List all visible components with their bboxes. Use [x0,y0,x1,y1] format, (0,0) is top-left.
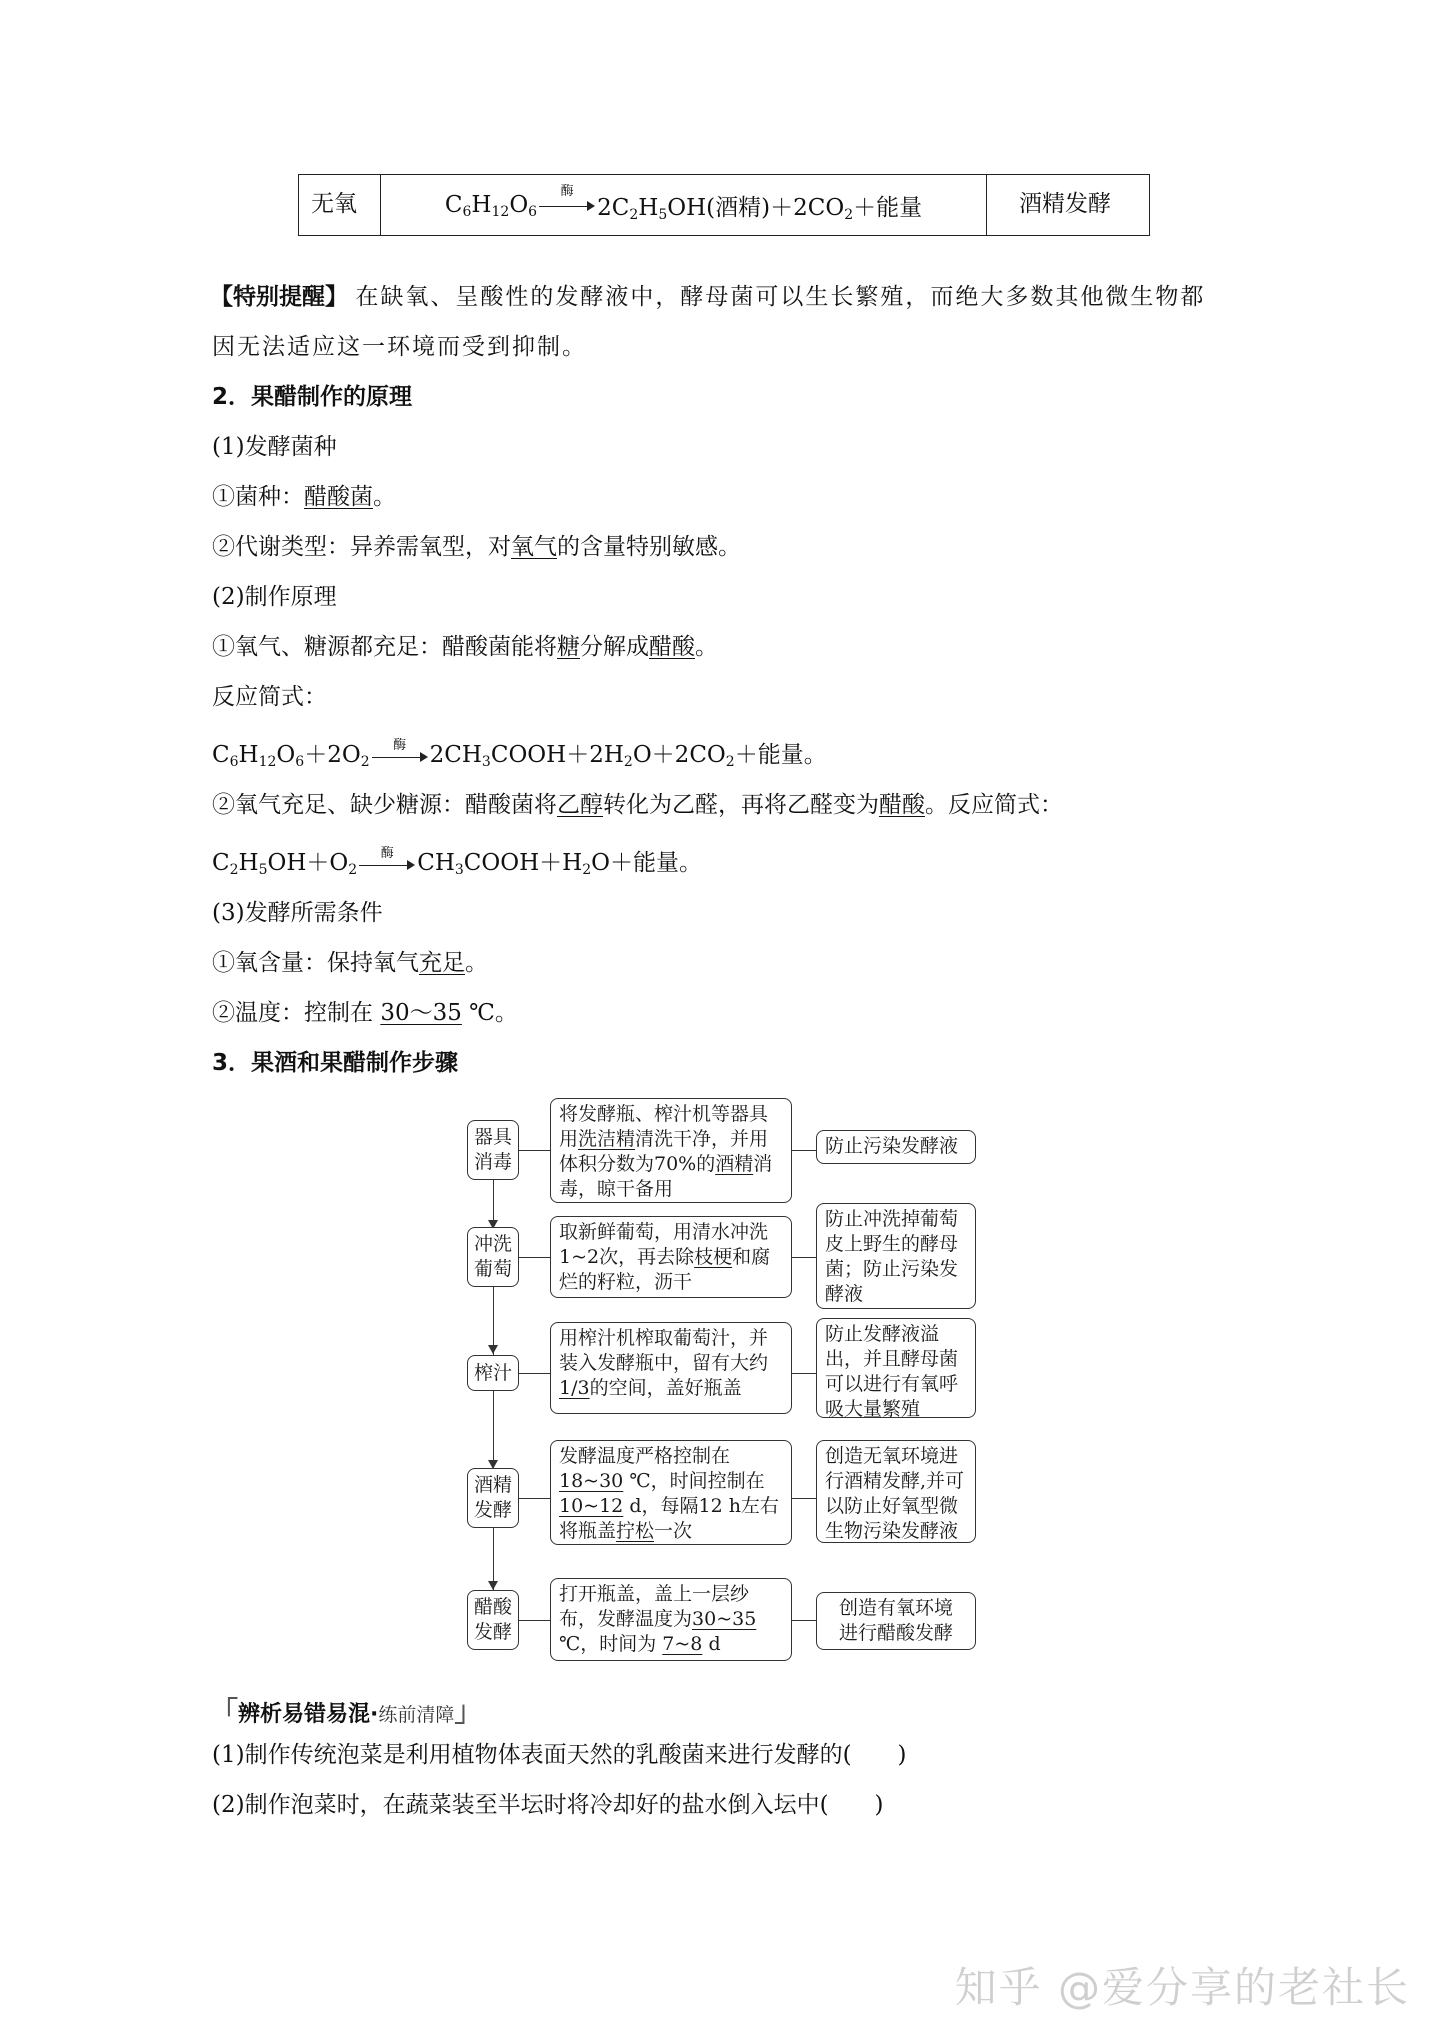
condition-cell: 无氧 [299,175,381,235]
step-detail-sterilize: 将发酵瓶、榨汁机等器具用洗洁精清洗干净，并用体积分数为70%的酒精消毒，晾干备用 [550,1098,792,1203]
step-purpose-sterilize: 防止污染发酵液 [816,1130,976,1164]
quiz-question-2: (2)制作泡菜时，在蔬菜装至半坛时将冷却好的盐水倒入坛中( ) [212,1790,884,1820]
step-label-alcohol-fermentation: 酒精发酵 [467,1468,519,1528]
principle-2: ②氧气充足、缺少糖源：醋酸菌将乙醇转化为乙醛，再将乙醛变为醋酸。反应简式： [212,790,1063,820]
arrow-down-icon [488,1581,498,1590]
connector [519,1150,551,1151]
arrow-down-icon [488,1345,498,1354]
blank-answer: 糖 [557,634,580,660]
equation-label-1: 反应简式： [212,682,327,712]
step-purpose-juice: 防止发酵液溢出，并且酵母菌可以进行有氧呼吸大量繁殖 [816,1318,976,1418]
sub-heading-2: (2)制作原理 [212,582,337,612]
quiz-question-1: (1)制作传统泡菜是利用植物体表面天然的乳酸菌来进行发酵的( ) [212,1740,907,1770]
connector [519,1620,551,1621]
sub-heading-1: (1)发酵菌种 [212,432,337,462]
step-label-sterilize: 器具消毒 [467,1120,519,1180]
item-strain: ①菌种：醋酸菌。 [212,482,396,512]
equation-reactants: C6H12O6 [445,192,537,218]
blank-answer: 30～35 [380,1000,462,1026]
sub-heading-3: (3)发酵所需条件 [212,898,383,928]
principle-1: ①氧气、糖源都充足：醋酸菌能将糖分解成醋酸。 [212,632,718,662]
equation-cell: C6H12O6 酶 2C2H5OH(酒精)＋2CO2＋能量 [381,175,987,235]
item-metabolism: ②代谢类型：异养需氧型，对氧气的含量特别敏感。 [212,532,741,562]
blank-answer: 醋酸 [879,792,925,818]
equation-products: 2C2H5OH(酒精)＋2CO2＋能量 [597,189,922,222]
blank-answer: 乙醇 [557,792,603,818]
step-label-acetic-fermentation: 醋酸发酵 [467,1590,519,1650]
reminder-text-2: 因无法适应这一环境而受到抑制。 [212,332,587,362]
fermentation-table-row: 无氧 C6H12O6 酶 2C2H5OH(酒精)＋2CO2＋能量 酒精发酵 [298,174,1150,236]
quiz-subtitle: 练前清障 [378,1704,454,1726]
blank-answer: 氧气 [511,534,557,560]
equation-1: C6H12O6＋2O2酶2CH3COOH＋2H2O＋2CO2＋能量。 [212,740,827,771]
step-detail-wash: 取新鲜葡萄，用清水冲洗1~2次，再去除枝梗和腐烂的籽粒，沥干 [550,1216,792,1298]
reminder-line-1: 【特别提醒】 在缺氧、呈酸性的发酵液中，酵母菌可以生长繁殖，而绝大多数其他微生物… [210,282,1205,312]
enzyme-arrow-icon: 酶 [372,741,428,771]
connector [792,1620,817,1621]
enzyme-arrow-icon: 酶 [539,190,595,220]
section-2-title: 2．果醋制作的原理 [212,382,412,412]
zhihu-watermark: 知乎 @爱分享的老社长 [955,1955,1410,2015]
connector [792,1373,817,1374]
quiz-section-heading: 「辨析易错易混·练前清障」 [210,1690,482,1730]
step-label-wash: 冲洗葡萄 [467,1227,519,1287]
step-purpose-alcohol-fermentation: 创造无氧环境进行酒精发酵,并可以防止好氧型微生物污染发酵液 [816,1440,976,1543]
blank-answer: 醋酸 [649,634,695,660]
quiz-title: 辨析易错易混 [238,1702,370,1727]
step-purpose-wash: 防止冲洗掉葡萄皮上野生的酵母菌；防止污染发酵液 [816,1203,976,1309]
connector [792,1257,817,1258]
enzyme-arrow-icon: 酶 [359,849,415,879]
connector [519,1257,551,1258]
connector [519,1373,551,1374]
reminder-tag: 【特别提醒】 [210,284,348,310]
step-detail-juice: 用榨汁机榨取葡萄汁，并装入发酵瓶中，留有大约1/3的空间，盖好瓶盖 [550,1322,792,1414]
condition-oxygen: ①氧含量：保持氧气充足。 [212,948,488,978]
blank-answer: 充足 [419,950,465,976]
connector [519,1498,551,1499]
step-purpose-acetic-fermentation: 创造有氧环境进行醋酸发酵 [816,1592,976,1650]
blank-answer: 醋酸菌 [304,484,373,510]
equation-2: C2H5OH＋O2酶CH3COOH＋H2O＋能量。 [212,848,702,879]
condition-temperature: ②温度：控制在 30～35 ℃。 [212,998,518,1028]
connector [792,1498,817,1499]
connector [792,1150,817,1151]
step-detail-acetic-fermentation: 打开瓶盖，盖上一层纱布，发酵温度为30~35 ℃，时间为 7~8 d [550,1578,792,1661]
step-label-juice: 榨汁 [467,1355,519,1391]
step-detail-alcohol-fermentation: 发酵温度严格控制在 18~30 ℃，时间控制在 10~12 d，每隔12 h左右… [550,1440,792,1545]
fermentation-type-cell: 酒精发酵 [987,175,1149,235]
reminder-text-1: 在缺氧、呈酸性的发酵液中，酵母菌可以生长繁殖，而绝大多数其他微生物都 [355,284,1205,310]
section-3-title: 3．果酒和果醋制作步骤 [212,1048,458,1078]
